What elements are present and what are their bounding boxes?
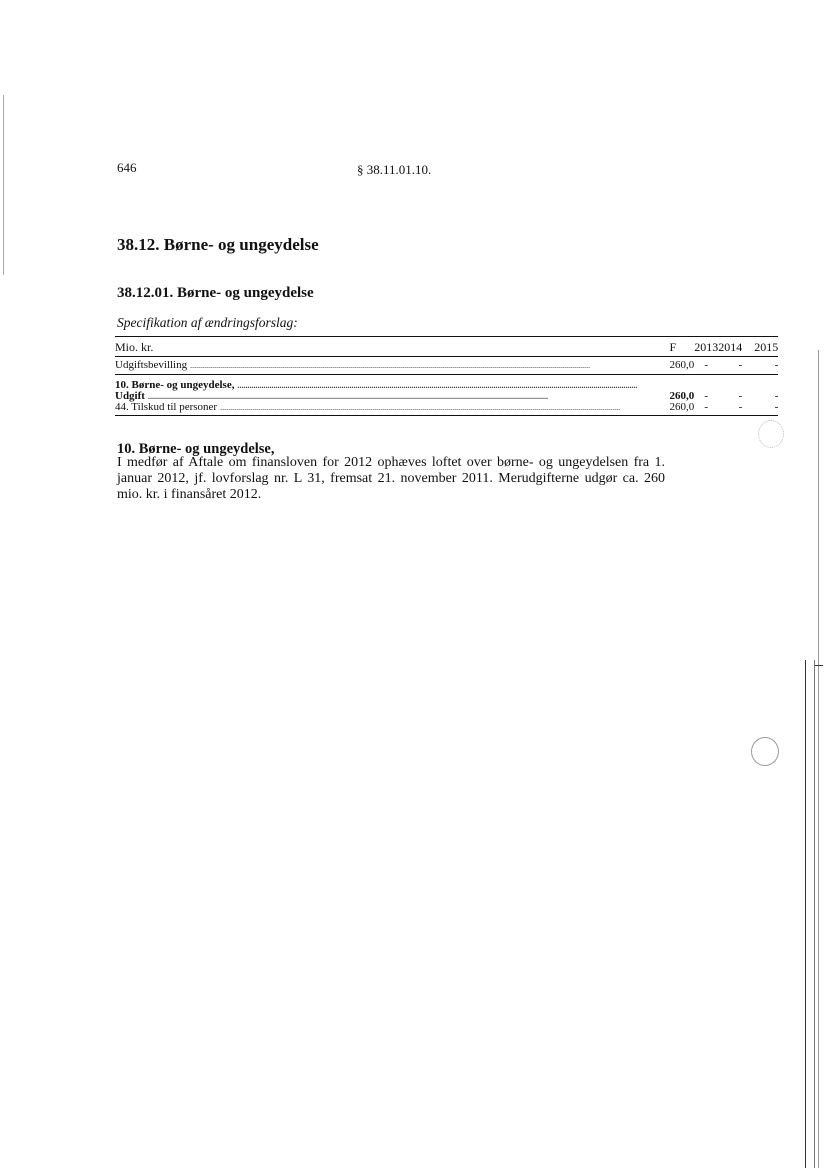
table-row: Udgiftsbevilling 260,0 - - -: [115, 357, 778, 375]
scan-edge-line-right-outer: [818, 350, 819, 1168]
note-body: I medfør af Aftale om finansloven for 20…: [117, 455, 665, 503]
row-value-f: 260,0: [637, 402, 694, 416]
column-header-unit: Mio. kr.: [115, 337, 637, 357]
row-value-2014: -: [718, 402, 754, 416]
column-header-2015: 2015: [754, 337, 778, 357]
section-title: 38.12. Børne- og ungeydelse: [117, 235, 319, 255]
specification-caption: Specifikation af ændringsforslag:: [117, 315, 298, 331]
row-value-2015: [754, 375, 778, 392]
column-header-2014: 2014: [718, 337, 754, 357]
table-header-row: Mio. kr. F 2013 2014 2015: [115, 337, 778, 357]
punch-hole-upper: [758, 420, 784, 448]
row-value-f: 260,0: [637, 357, 694, 375]
column-header-f: F: [637, 337, 694, 357]
row-value-2013: [694, 375, 718, 392]
punch-hole-lower: [751, 737, 779, 766]
page-number: 646: [117, 160, 137, 176]
running-head: § 38.11.01.10.: [357, 162, 431, 178]
row-value-f: [637, 375, 694, 392]
scan-edge-line-left: [3, 95, 4, 275]
row-value-2015: -: [754, 357, 778, 375]
row-label: 44. Tilskud til personer: [115, 402, 637, 416]
table-row: 10. Børne- og ungeydelse,: [115, 375, 778, 392]
row-label: Udgiftsbevilling: [115, 357, 637, 375]
specification-table: Mio. kr. F 2013 2014 2015 Udgiftsbevilli…: [115, 336, 778, 416]
scan-edge-tick: [815, 665, 823, 666]
subsection-title: 38.12.01. Børne- og ungeydelse: [117, 285, 314, 302]
row-value-2015: -: [754, 402, 778, 416]
column-header-2013: 2013: [694, 337, 718, 357]
row-value-2014: [718, 375, 754, 392]
table-row: 44. Tilskud til personer 260,0 - - -: [115, 402, 778, 416]
row-label: Udgift: [115, 391, 637, 402]
scan-edge-line-right-inner: [805, 660, 806, 1168]
row-value-2014: -: [718, 391, 754, 402]
row-value-2014: -: [718, 357, 754, 375]
row-value-2013: -: [694, 402, 718, 416]
scan-edge-line-right-far: [814, 660, 815, 1168]
row-value-2013: -: [694, 357, 718, 375]
row-label: 10. Børne- og ungeydelse,: [115, 375, 637, 392]
